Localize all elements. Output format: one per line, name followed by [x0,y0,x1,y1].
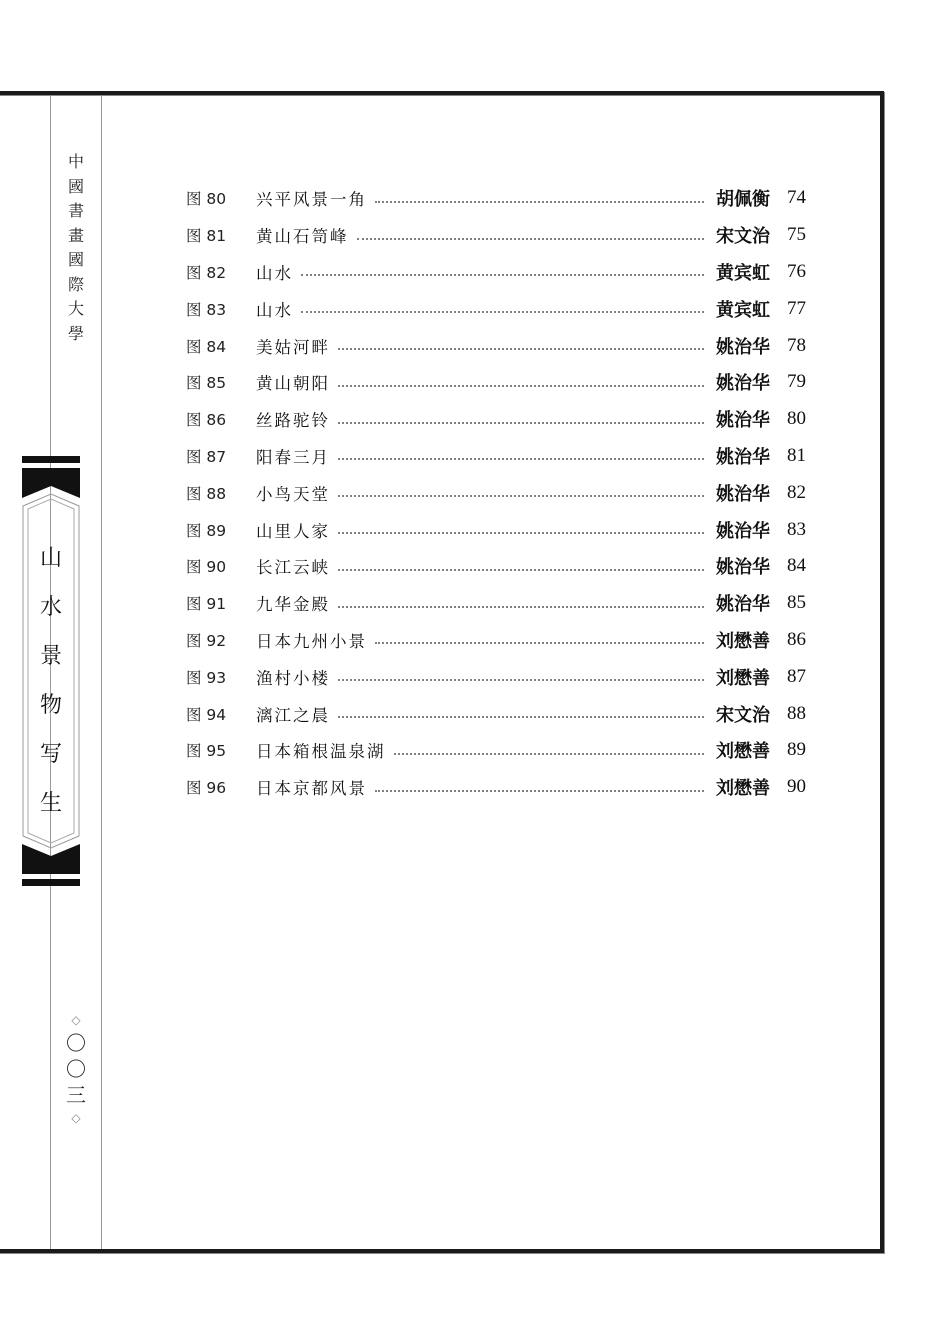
page-ref: 75 [770,224,806,246]
book-title-char: 写 [22,730,80,779]
frame-bottom-shadow [0,1253,885,1254]
page-ref: 84 [770,555,806,577]
figure-number: 图 82 [186,261,256,283]
figure-number: 图 80 [186,187,256,209]
figure-title: 黄山石笥峰 [256,223,349,247]
dot-leader [375,641,704,644]
dot-leader [394,752,705,755]
page-number-char: 三 [64,1082,88,1108]
book-title-char: 生 [22,779,80,828]
figure-number: 图 96 [186,776,256,798]
figure-title: 黄山朝阳 [256,370,330,394]
toc-entry[interactable]: 图 93 渔村小楼 刘懋善 87 [186,658,806,695]
book-title-char: 景 [22,632,80,681]
page-ref: 78 [770,335,806,357]
figure-author: 姚治华 [716,406,770,432]
toc-entry[interactable]: 图 94 漓江之晨 宋文治 88 [186,695,806,732]
figure-title: 阳春三月 [256,444,330,468]
figure-title: 小鸟天堂 [256,481,330,505]
figure-author: 黄宾虹 [716,259,770,285]
figure-number: 图 81 [186,224,256,246]
figure-title: 山里人家 [256,518,330,542]
dot-leader [338,384,704,387]
book-title: 山 水 景 物 写 生 [22,534,80,828]
page-ref: 77 [770,298,806,320]
figure-author: 宋文治 [716,701,770,727]
toc-entry[interactable]: 图 85 黄山朝阳 姚治华 79 [186,364,806,401]
page-number-char: 〇 [64,1056,88,1082]
toc-entry[interactable]: 图 92 日本九州小景 刘懋善 86 [186,622,806,659]
figure-number: 图 95 [186,739,256,761]
diamond-icon: ◇ [64,1010,88,1030]
series-title-char: 國 [64,175,88,200]
figure-title: 山水 [256,260,293,284]
figure-author: 黄宾虹 [716,296,770,322]
toc-entry[interactable]: 图 90 长江云峡 姚治华 84 [186,548,806,585]
book-title-char: 物 [22,681,80,730]
figure-number: 图 88 [186,482,256,504]
dot-leader [338,457,704,460]
figure-number: 图 86 [186,408,256,430]
figure-number: 图 85 [186,371,256,393]
toc-entry[interactable]: 图 80 兴平风景一角 胡佩衡 74 [186,180,806,217]
dot-leader [338,605,704,608]
figure-author: 姚治华 [716,480,770,506]
figure-number: 图 84 [186,335,256,357]
page-ref: 88 [770,703,806,725]
figure-author: 刘懋善 [716,664,770,690]
figure-title: 日本九州小景 [256,628,367,652]
page-number-char: 〇 [64,1030,88,1056]
series-title-char: 大 [64,297,88,322]
dot-leader [301,273,704,276]
figure-author: 姚治华 [716,553,770,579]
toc-entry[interactable]: 图 87 阳春三月 姚治华 81 [186,438,806,475]
page-ref: 82 [770,482,806,504]
dot-leader [301,310,704,313]
dot-leader [338,494,704,497]
frame-right-shadow [884,92,885,1254]
figure-title: 九华金殿 [256,591,330,615]
figure-title: 美姑河畔 [256,334,330,358]
figure-number: 图 93 [186,666,256,688]
toc-entry[interactable]: 图 81 黄山石笥峰 宋文治 75 [186,217,806,254]
figure-number: 图 90 [186,555,256,577]
dot-leader [338,568,704,571]
book-title-char: 水 [22,583,80,632]
figure-author: 姚治华 [716,517,770,543]
figure-title: 兴平风景一角 [256,186,367,210]
figure-author: 刘懋善 [716,737,770,763]
figure-number: 图 94 [186,703,256,725]
figure-author: 姚治华 [716,369,770,395]
toc-entry[interactable]: 图 86 丝路驼铃 姚治华 80 [186,401,806,438]
figure-author: 姚治华 [716,443,770,469]
figure-title: 丝路驼铃 [256,407,330,431]
figure-number: 图 83 [186,298,256,320]
sidebar-rule-right [101,95,102,1249]
figure-title: 长江云峡 [256,554,330,578]
toc-entry[interactable]: 图 84 美姑河畔 姚治华 78 [186,327,806,364]
book-title-banner: 山 水 景 物 写 生 [22,456,80,886]
toc-entry[interactable]: 图 96 日本京都风景 刘懋善 90 [186,769,806,806]
page-ref: 79 [770,371,806,393]
figure-title: 漓江之晨 [256,702,330,726]
figure-number: 图 89 [186,519,256,541]
series-title-char: 書 [64,199,88,224]
figure-author: 姚治华 [716,590,770,616]
page-ref: 76 [770,261,806,283]
figure-author: 姚治华 [716,333,770,359]
page-ref: 89 [770,739,806,761]
figure-number: 图 87 [186,445,256,467]
dot-leader [338,531,704,534]
series-title-char: 際 [64,273,88,298]
page-ref: 85 [770,592,806,614]
toc-entry[interactable]: 图 82 山水 黄宾虹 76 [186,254,806,291]
toc-entry[interactable]: 图 91 九华金殿 姚治华 85 [186,585,806,622]
table-of-contents: 图 80 兴平风景一角 胡佩衡 74 图 81 黄山石笥峰 宋文治 75 图 8… [186,180,806,806]
series-title-char: 國 [64,248,88,273]
page-ref: 90 [770,776,806,798]
dot-leader [357,237,705,240]
figure-title: 渔村小楼 [256,665,330,689]
dot-leader [375,200,704,203]
figure-author: 刘懋善 [716,774,770,800]
figure-title: 山水 [256,297,293,321]
page-number: ◇ 〇 〇 三 ◇ [64,1010,88,1128]
toc-entry[interactable]: 图 88 小鸟天堂 姚治华 82 [186,474,806,511]
page-ref: 74 [770,187,806,209]
figure-author: 胡佩衡 [716,185,770,211]
dot-leader [375,789,704,792]
series-title-char: 畫 [64,224,88,249]
series-title-char: 中 [64,150,88,175]
diamond-icon: ◇ [64,1108,88,1128]
figure-title: 日本京都风景 [256,775,367,799]
figure-author: 刘懋善 [716,627,770,653]
page-ref: 86 [770,629,806,651]
toc-entry[interactable]: 图 83 山水 黄宾虹 77 [186,290,806,327]
page-ref: 81 [770,445,806,467]
dot-leader [338,347,704,350]
book-title-char: 山 [22,534,80,583]
dot-leader [338,715,704,718]
figure-number: 图 91 [186,592,256,614]
page-ref: 83 [770,519,806,541]
dot-leader [338,678,704,681]
series-title-char: 學 [64,322,88,347]
figure-number: 图 92 [186,629,256,651]
page-ref: 87 [770,666,806,688]
figure-title: 日本箱根温泉湖 [256,738,386,762]
series-title: 中 國 書 畫 國 際 大 學 [64,150,88,346]
page-ref: 80 [770,408,806,430]
figure-author: 宋文治 [716,222,770,248]
frame-top-shadow [0,95,884,96]
toc-entry[interactable]: 图 95 日本箱根温泉湖 刘懋善 89 [186,732,806,769]
dot-leader [338,421,704,424]
toc-entry[interactable]: 图 89 山里人家 姚治华 83 [186,511,806,548]
